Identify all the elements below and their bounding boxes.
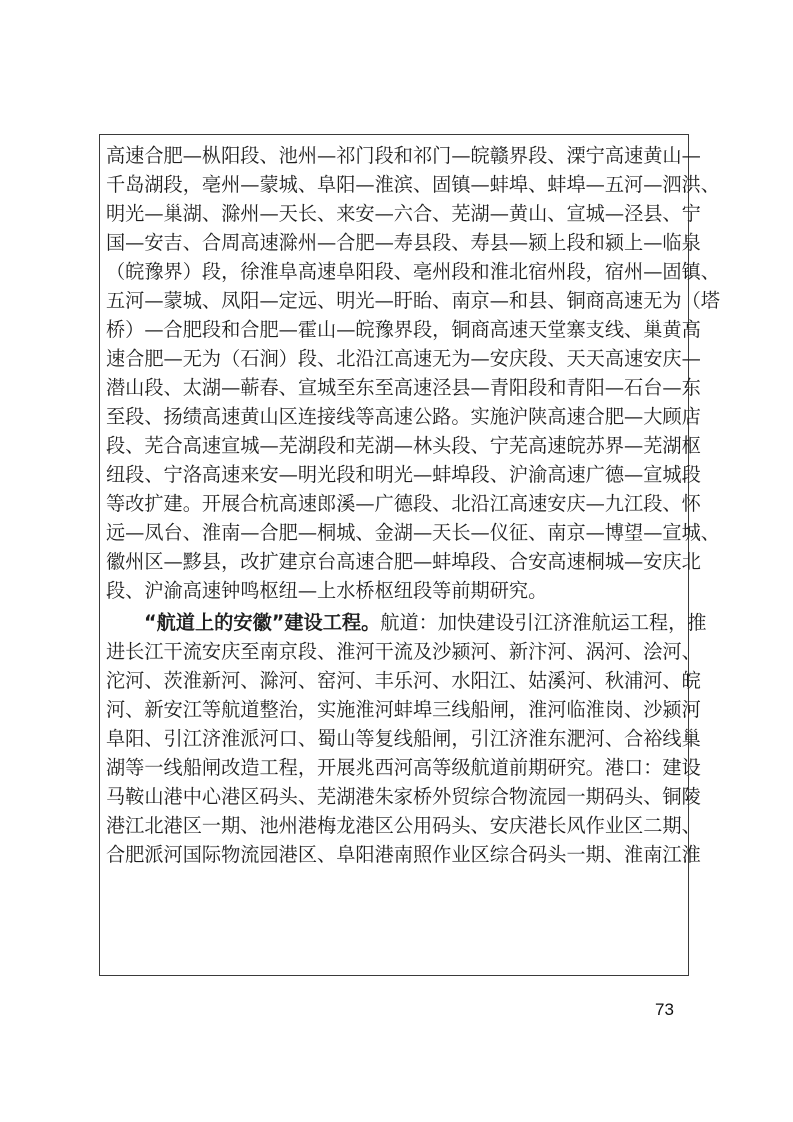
paragraph-line: 港江北港区一期、池州港梅龙港区公用码头、安庆港长风作业区二期、 (106, 811, 684, 840)
section-heading: “航道上的安徽”建设工程。 (144, 611, 380, 634)
section-heading-line: “航道上的安徽”建设工程。航道：加快建设引江济淮航运工程，推 (144, 608, 684, 637)
paragraph-line: 高速合肥—枞阳段、池州—祁门段和祁门—皖赣界段、溧宁高速黄山— (106, 141, 684, 170)
paragraph-line: 湖等一线船闸改造工程，开展兆西河高等级航道前期研究。港口：建设 (106, 753, 684, 782)
paragraph-line: 纽段、宁洛高速来安—明光段和明光—蚌埠段、沪渝高速广德—宣城段 (106, 460, 684, 489)
paragraph-line: 至段、扬绩高速黄山区连接线等高速公路。实施沪陕高速合肥—大顾店 (106, 402, 684, 431)
document-text-frame: 高速合肥—枞阳段、池州—祁门段和祁门—皖赣界段、溧宁高速黄山— 千岛湖段，亳州—… (99, 134, 689, 976)
page-number: 73 (655, 1000, 674, 1020)
paragraph-line: 明光—巢湖、滁州—天长、来安—六合、芜湖—黄山、宣城—泾县、宁 (106, 199, 684, 228)
paragraph-line: 段、芜合高速宣城—芜湖段和芜湖—林头段、宁芜高速皖苏界—芜湖枢 (106, 431, 684, 460)
paragraph-line: 段、沪渝高速钟鸣枢纽—上水桥枢纽段等前期研究。 (106, 576, 684, 605)
paragraph-line: 马鞍山港中心港区码头、芜湖港朱家桥外贸综合物流园一期码头、铜陵 (106, 782, 684, 811)
paragraph-line: 五河—蒙城、凤阳—定远、明光—盱眙、南京—和县、铜商高速无为（塔 (106, 286, 684, 315)
paragraph-line: 阜阳、引江济淮派河口、蜀山等复线船闸，引江济淮东淝河、合裕线巢 (106, 724, 684, 753)
paragraph-line: 潜山段、太湖—蕲春、宣城至东至高速泾县—青阳段和青阳—石台—东 (106, 373, 684, 402)
section-intro-text: 航道：加快建设引江济淮航运工程，推 (380, 611, 706, 634)
paragraph-line: 国—安吉、合周高速滁州—合肥—寿县段、寿县—颍上段和颍上—临泉 (106, 228, 684, 257)
paragraph-line: 河、新安江等航道整治，实施淮河蚌埠三线船闸，淮河临淮岗、沙颍河 (106, 695, 684, 724)
paragraph-line: （皖豫界）段，徐淮阜高速阜阳段、亳州段和淮北宿州段，宿州—固镇、 (106, 257, 684, 286)
paragraph-line: 千岛湖段，亳州—蒙城、阜阳—淮滨、固镇—蚌埠、蚌埠—五河—泗洪、 (106, 170, 684, 199)
paragraph-line: 徽州区—黟县，改扩建京台高速合肥—蚌埠段、合安高速桐城—安庆北 (106, 547, 684, 576)
paragraph-line: 等改扩建。开展合杭高速郎溪—广德段、北沿江高速安庆—九江段、怀 (106, 489, 684, 518)
paragraph-line: 合肥派河国际物流园港区、阜阳港南照作业区综合码头一期、淮南江淮 (106, 840, 684, 869)
paragraph-line: 沱河、茨淮新河、滁河、窑河、丰乐河、水阳江、姑溪河、秋浦河、皖 (106, 666, 684, 695)
paragraph-line: 进长江干流安庆至南京段、淮河干流及沙颍河、新汴河、涡河、浍河、 (106, 637, 684, 666)
paragraph-line: 远—凤台、淮南—合肥—桐城、金湖—天长—仪征、南京—博望—宣城、 (106, 518, 684, 547)
paragraph-line: 速合肥—无为（石涧）段、北沿江高速无为—安庆段、天天高速安庆— (106, 344, 684, 373)
paragraph-line: 桥）—合肥段和合肥—霍山—皖豫界段，铜商高速天堂寨支线、巢黄高 (106, 315, 684, 344)
